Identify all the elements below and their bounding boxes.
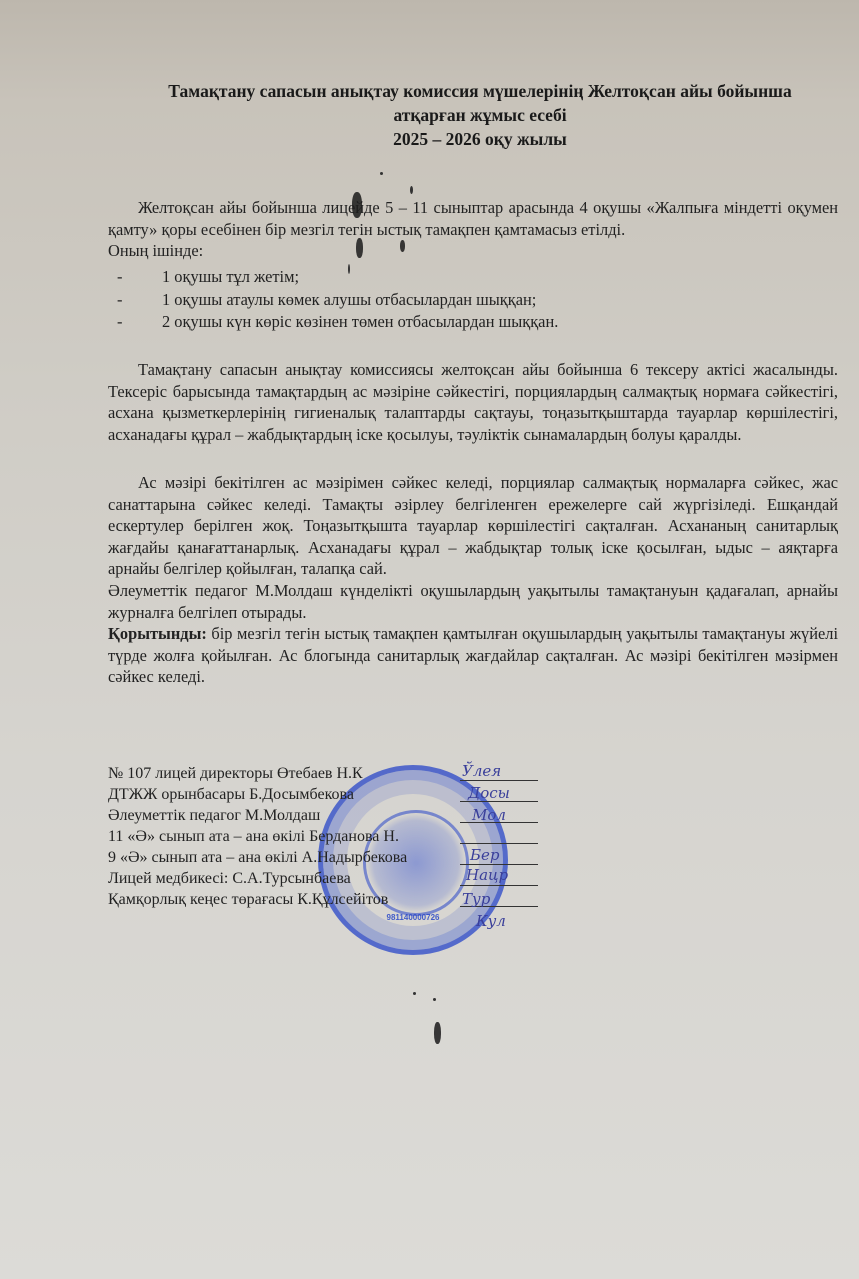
- list-item-text: 1 оқушы тұл жетім;: [162, 266, 299, 289]
- beneficiary-list: - 1 оқушы тұл жетім; - 1 оқушы атаулы кө…: [117, 266, 558, 334]
- inspection-paragraph: Тамақтану сапасын анықтау комиссиясы жел…: [108, 359, 838, 445]
- intro-section: Желтоқсан айы бойынша лицейде 5 – 11 сын…: [108, 197, 838, 262]
- signatory-council-chair: Қамқорлық кеңес төрағасы К.Құлсейітов: [108, 889, 407, 910]
- signatories-block: № 107 лицей директоры Өтебаев Н.К ДТЖЖ о…: [108, 763, 407, 910]
- signature-line: [460, 843, 538, 844]
- handwritten-signature: Кул: [476, 912, 506, 930]
- conclusion-text: бір мезгіл тегін ыстық тамақпен қамтылға…: [108, 624, 838, 686]
- intro-sub: Оның ішінде:: [108, 240, 838, 262]
- list-item: - 1 оқушы атаулы көмек алушы отбасыларда…: [117, 289, 558, 312]
- document-title-line-1: Тамақтану сапасын анықтау комиссия мүшел…: [100, 80, 859, 102]
- signatory-deputy: ДТЖЖ орынбасары Б.Досымбекова: [108, 784, 407, 805]
- handwritten-signature: Ўлея: [462, 762, 501, 780]
- paragraph-3: Ас мәзірі бекітілген ас мәзірімен сәйкес…: [108, 472, 838, 580]
- signatory-parent-11a: 11 «Ә» сынып ата – ана өкілі Берданова Н…: [108, 826, 407, 847]
- ink-speck-icon: [413, 992, 416, 995]
- list-item: - 1 оқушы тұл жетім;: [117, 266, 558, 289]
- signature-line: [460, 780, 538, 781]
- list-item-text: 1 оқушы атаулы көмек алушы отбасылардан …: [162, 289, 536, 312]
- signatory-director: № 107 лицей директоры Өтебаев Н.К: [108, 763, 407, 784]
- signatory-social-pedagogue: Әлеуметтік педагог М.Молдаш: [108, 805, 407, 826]
- ink-blot-icon: [400, 240, 405, 252]
- paragraph-2: Тамақтану сапасын анықтау комиссиясы жел…: [108, 359, 838, 445]
- ink-blot-icon: [352, 192, 362, 218]
- ink-blot-icon: [356, 238, 363, 258]
- signatory-nurse: Лицей медбикесі: С.А.Турсынбаева: [108, 868, 407, 889]
- findings-section: Ас мәзірі бекітілген ас мәзірімен сәйкес…: [108, 472, 838, 688]
- list-bullet: -: [117, 266, 162, 289]
- ink-speck-icon: [348, 264, 350, 274]
- ink-speck-icon: [433, 998, 436, 1001]
- paragraph-4: Әлеуметтік педагог М.Молдаш күнделікті о…: [108, 580, 838, 623]
- handwritten-signature: Нацр: [466, 866, 508, 884]
- list-item: - 2 оқушы күн көріс көзінен төмен отбасы…: [117, 311, 558, 334]
- signatory-parent-9a: 9 «Ә» сынып ата – ана өкілі А.Надырбеков…: [108, 847, 407, 868]
- list-item-text: 2 оқушы күн көріс көзінен төмен отбасыла…: [162, 311, 558, 334]
- list-bullet: -: [117, 289, 162, 312]
- handwritten-signature: Тур: [462, 890, 490, 908]
- ink-speck-icon: [380, 172, 383, 175]
- ink-blot-icon: [434, 1022, 441, 1044]
- list-bullet: -: [117, 311, 162, 334]
- document-title-year: 2025 – 2026 оқу жылы: [100, 128, 859, 150]
- handwritten-signature: Бер: [470, 846, 500, 864]
- document-page: Тамақтану сапасын анықтау комиссия мүшел…: [0, 0, 859, 1279]
- signature-line: [460, 864, 538, 865]
- conclusion-paragraph: Қорытынды: бір мезгіл тегін ыстық тамақп…: [108, 623, 838, 688]
- ink-speck-icon: [410, 186, 413, 194]
- intro-paragraph: Желтоқсан айы бойынша лицейде 5 – 11 сын…: [108, 197, 838, 240]
- handwritten-signature: Мол: [472, 806, 506, 824]
- handwritten-signature: Досы: [468, 784, 510, 802]
- document-title-line-2: атқарған жұмыс есебі: [100, 104, 859, 126]
- signature-line: [460, 885, 538, 886]
- conclusion-label: Қорытынды:: [108, 624, 207, 643]
